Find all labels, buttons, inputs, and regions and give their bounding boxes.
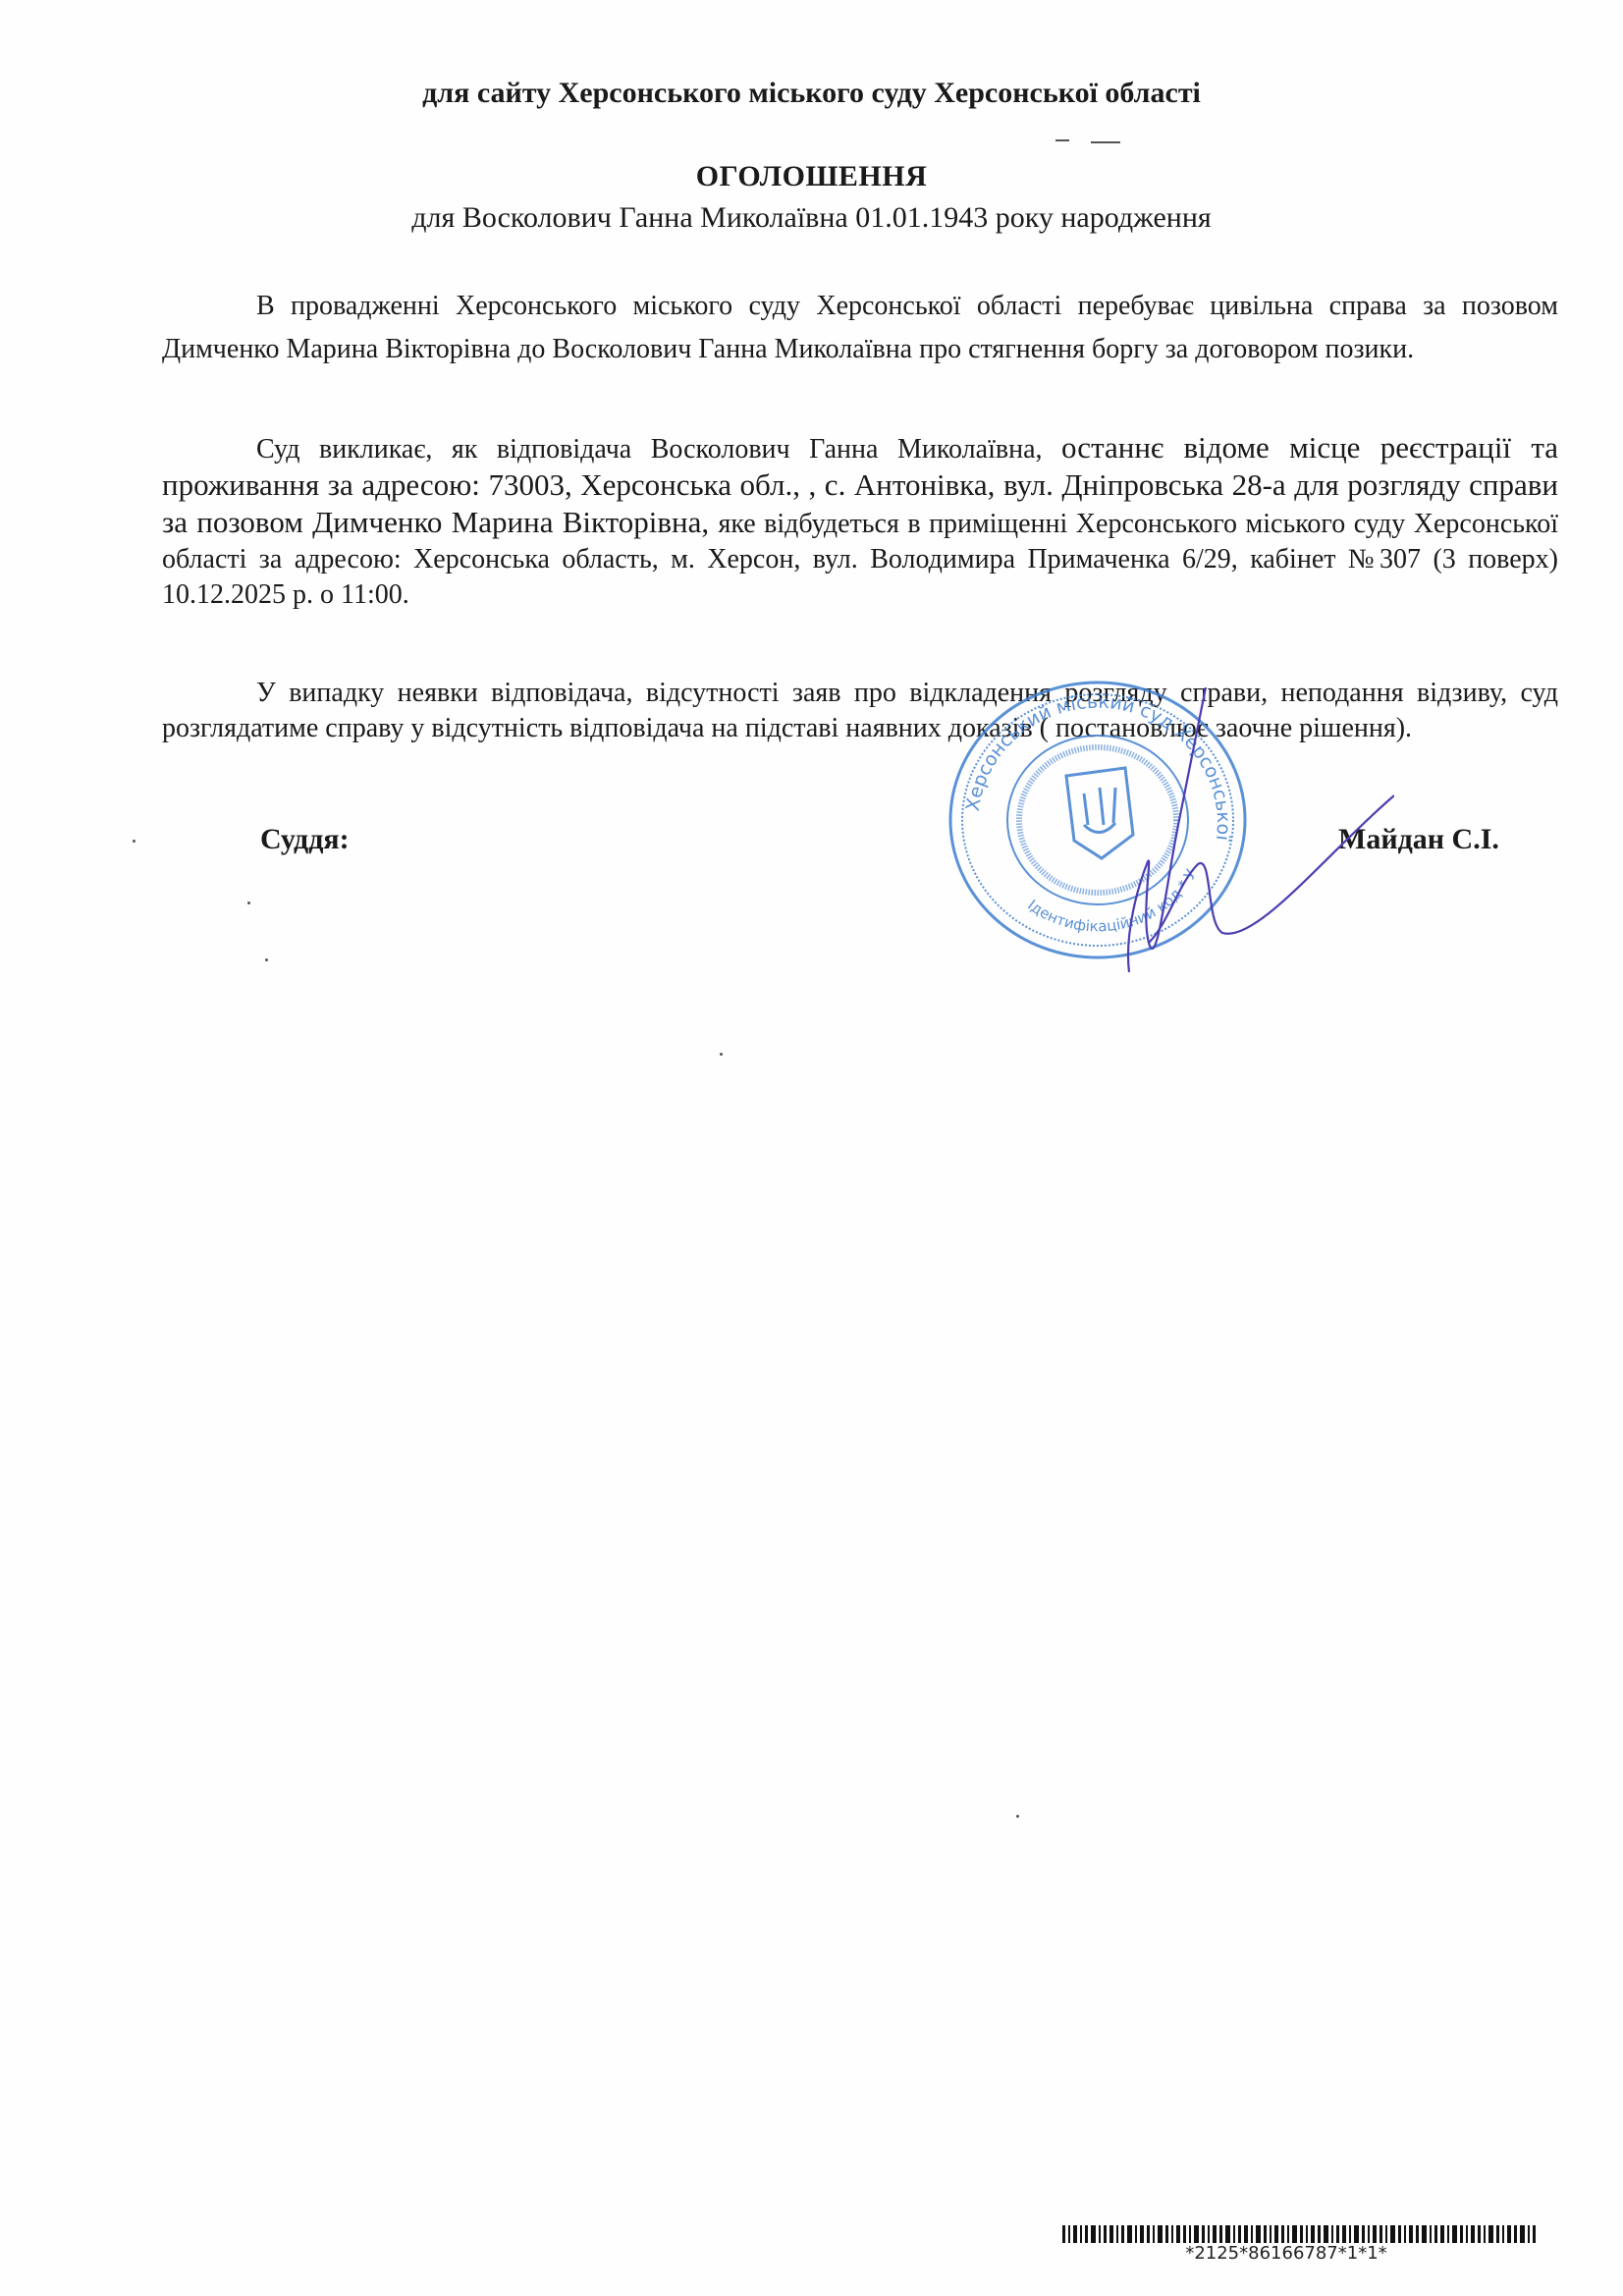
scan-speck — [720, 1053, 723, 1056]
paragraph-case-info: В провадженні Херсонського міського суду… — [162, 285, 1558, 371]
barcode — [1062, 2225, 1573, 2243]
paragraph-text: У випадку неявки відповідача, відсутност… — [162, 676, 1558, 746]
document-header: для сайту Херсонського міського суду Хер… — [0, 77, 1623, 110]
scan-speck — [1016, 1815, 1019, 1818]
judge-name: Майдан С.І. — [1338, 823, 1499, 856]
barcode-number: *2125*86166787*1*1* — [1139, 2243, 1434, 2264]
judge-label: Суддя: — [260, 823, 350, 856]
paragraph-text: В провадженні Херсонського міського суду… — [162, 285, 1558, 371]
scan-speck — [133, 840, 135, 843]
summons-part1: Суд викликає, як відповідача Восколович … — [256, 434, 1061, 465]
paragraph-summons: Суд викликає, як відповідача Восколович … — [162, 430, 1558, 613]
document-subtitle: для Восколович Ганна Миколаївна 01.01.19… — [0, 201, 1623, 235]
scan-speck — [265, 958, 268, 961]
scan-mark — [1055, 139, 1124, 143]
scan-speck — [247, 902, 250, 904]
paragraph-default-warning: У випадку неявки відповідача, відсутност… — [162, 676, 1558, 746]
paragraph-text: Суд викликає, як відповідача Восколович … — [162, 430, 1558, 613]
document-title: ОГОЛОШЕННЯ — [0, 160, 1623, 193]
document-page: для сайту Херсонського міського суду Хер… — [0, 0, 1623, 2296]
